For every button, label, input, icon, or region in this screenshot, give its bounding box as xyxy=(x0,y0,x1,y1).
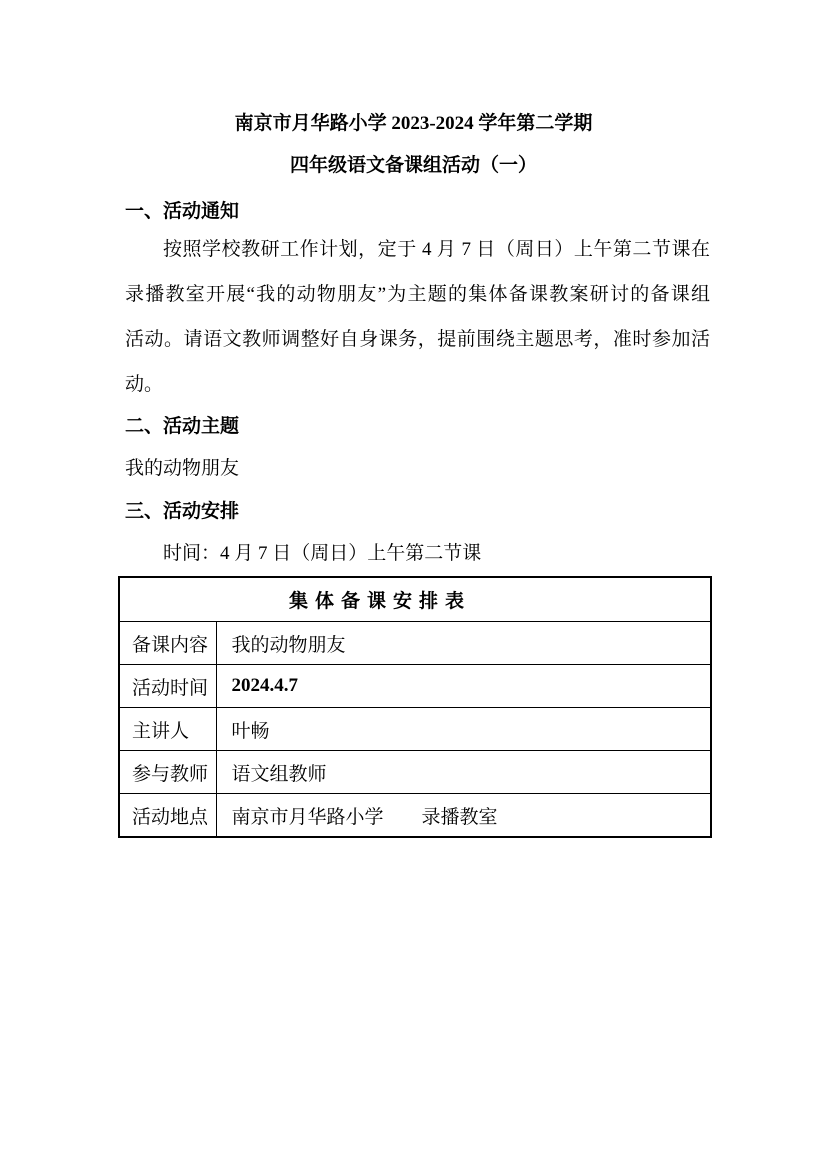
section-one-heading: 一、活动通知 xyxy=(125,199,239,225)
table-label-cell: 参与教师 xyxy=(119,751,216,794)
paragraph-line: 按照学校教研工作计划，定于 4 月 7 日（周日）上午第二节课在 xyxy=(125,227,710,272)
table-value-cell: 2024.4.7 xyxy=(216,665,711,708)
document-page: 南京市月华路小学 2023-2024 学年第二学期 四年级语文备课组活动（一） … xyxy=(0,0,827,1170)
table-row: 活动地点 南京市月华路小学 录播教室 xyxy=(119,794,711,838)
table-value-cell: 语文组教师 xyxy=(216,751,711,794)
table-label-cell: 主讲人 xyxy=(119,708,216,751)
doc-title-line2: 四年级语文备课组活动（一） xyxy=(0,153,827,179)
section-two-heading: 二、活动主题 xyxy=(125,414,239,440)
notice-paragraph: 按照学校教研工作计划，定于 4 月 7 日（周日）上午第二节课在 录播教室开展“… xyxy=(125,227,710,407)
table-row: 主讲人 叶畅 xyxy=(119,708,711,751)
table-row: 参与教师 语文组教师 xyxy=(119,751,711,794)
table-title: 集体备课安排表 xyxy=(119,577,711,622)
paragraph-line: 录播教室开展“我的动物朋友”为主题的集体备课教案研讨的备课组 xyxy=(125,272,710,317)
paragraph-line: 动。 xyxy=(125,362,710,407)
doc-title-line1: 南京市月华路小学 2023-2024 学年第二学期 xyxy=(0,111,827,137)
schedule-table: 集体备课安排表 备课内容 我的动物朋友 活动时间 2024.4.7 主讲人 叶畅… xyxy=(118,576,712,838)
activity-time-text: 时间：4 月 7 日（周日）上午第二节课 xyxy=(125,541,481,567)
table-value-cell: 我的动物朋友 xyxy=(216,622,711,665)
table-row: 备课内容 我的动物朋友 xyxy=(119,622,711,665)
table-value-cell: 叶畅 xyxy=(216,708,711,751)
table-label-cell: 活动时间 xyxy=(119,665,216,708)
activity-theme-text: 我的动物朋友 xyxy=(125,456,239,482)
paragraph-line: 活动。请语文教师调整好自身课务，提前围绕主题思考，准时参加活 xyxy=(125,317,710,362)
table-label-cell: 备课内容 xyxy=(119,622,216,665)
table-row: 活动时间 2024.4.7 xyxy=(119,665,711,708)
table-value-cell: 南京市月华路小学 录播教室 xyxy=(216,794,711,838)
section-three-heading: 三、活动安排 xyxy=(125,499,239,525)
table-title-row: 集体备课安排表 xyxy=(119,577,711,622)
table-label-cell: 活动地点 xyxy=(119,794,216,838)
